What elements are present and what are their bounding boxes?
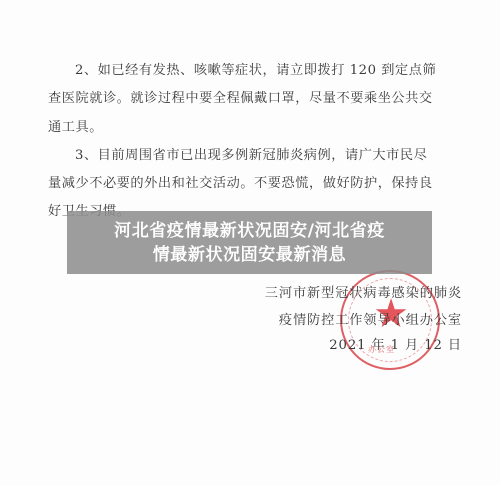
title-line-2: 情最新状况固安最新消息 (153, 243, 347, 267)
signature-line-1: 三河市新型冠状病毒感染的肺炎 (265, 286, 462, 302)
paragraph-2-line-2: 查医院就诊。就诊过程中要全程佩戴口罩，尽量不要乘坐公共交 (48, 91, 463, 107)
signature-date: 2021 年 1 月 12 日 (329, 338, 462, 354)
title-overlay-banner: 河北省疫情最新状况固安/河北省疫 情最新状况固安最新消息 (67, 211, 432, 274)
paragraph-3-line-2: 量减少不必要的外出和社交活动。不要恐慌，做好防护，保持良 (48, 176, 463, 192)
paragraph-3-line-1: 3、目前周围省市已出现多例新冠肺炎病例，请广大市民尽 (75, 148, 463, 164)
title-line-1: 河北省疫情最新状况固安/河北省疫 (114, 219, 385, 243)
signature-line-2: 疫情防控工作领导小组办公室 (279, 313, 462, 329)
paragraph-2-line-3: 通工具。 (48, 120, 463, 136)
paragraph-2-line-1: 2、如已经有发热、咳嗽等症状，请立即拨打 120 到定点筛 (75, 63, 463, 79)
